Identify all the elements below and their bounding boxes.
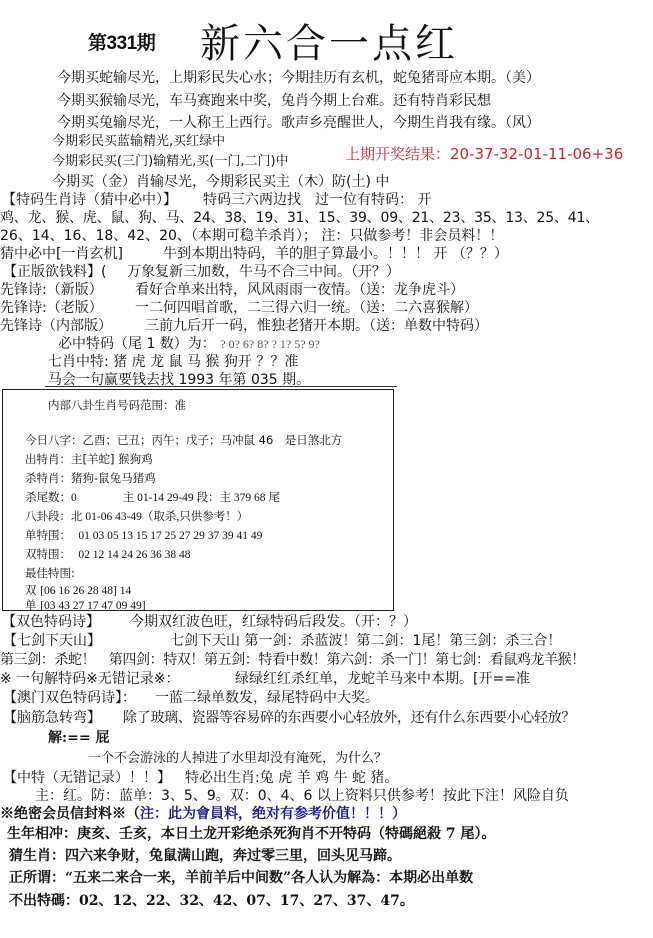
secret-title: ※绝密会员信封料※（ (0, 806, 140, 822)
xuanji-text: 牛到本期出特码，羊的胆子算最小。！！！ 开 （？？） (163, 246, 508, 263)
row-value: 主[羊蛇] 猴狗鸡 (71, 452, 153, 466)
final-line-2: 猜生肖：四六来争财，兔鼠满山跑，奔过零三里，回头见马蹄。 (9, 848, 401, 865)
row-value: 北 01-06 43-49（取杀,只供参考！） (71, 511, 248, 523)
last-result-numbers: 20-37-32-01-11-06+36 (450, 145, 623, 163)
riddle-question: 除了玻璃、瓷器等容易碎的东西要小心轻放外，还有什么东西要小心轻放？ (123, 710, 575, 727)
bagua-row-shuang: 双特围： 02 12 14 24 26 36 38 48 (25, 547, 190, 562)
bagua-row-best: 最佳特围: (25, 566, 75, 580)
last-result-label: 上期开奖结果： (345, 145, 450, 163)
seven-swords-line-2: 第三剑：杀蛇！ 第四剑：特双！第五剑：特看中数！第六剑：杀一门！第七剑：看鼠鸡龙… (0, 652, 585, 669)
tail-line-label: 必中特码（尾 1 数）为： (58, 336, 216, 352)
double-color-title: 【双色特码诗】 (2, 614, 100, 631)
zodiac-poem-text: 特码三六两边找 过一位有特码： 开 (203, 192, 431, 209)
riddle-answer: 解:== 屁 (48, 730, 110, 747)
zodiac-poem-title: 【特码生肖诗（猜中必中）】 (2, 192, 177, 209)
divider (45, 386, 397, 387)
row-label: 杀特肖： (25, 471, 71, 485)
row-label: 单特围： (25, 528, 71, 542)
row-value: 0 主 01-14 29-49 段：主 379 68 尾 (71, 492, 280, 504)
bagua-box: 内部八卦生肖号码范围：准 今日八字：乙酉；已丑；丙午；戊子；马冲鼠 46 是日煞… (2, 389, 394, 611)
row-label: 今日八字： (25, 433, 83, 447)
tail-line-values: ? 0? 6? 8? ? 1? 5? 9? (220, 337, 320, 351)
poem-line-5: 今期彩民买(三门)输精光,买(一门,二门)中 (52, 154, 289, 170)
secret-line: ※绝密会员信封料※（注：此为會員料，绝对有参考价值！！！） (0, 806, 406, 823)
final-line-1: 生年相冲：庚亥、壬亥，本日土龙开彩绝杀死狗肖不开特码（特碼絕殺 7 尾）。 (7, 826, 496, 843)
poem-line-3: 今期买兔输尽光，一人称王上西行。歌声乡亮醒世人，今期生肖我有缘。（风） (57, 115, 540, 132)
bagua-row-duan: 八卦段：北 01-06 43-49（取杀,只供参考！） (25, 509, 248, 524)
row-value: 乙酉；已丑；丙午；戊子；马冲鼠 46 是日煞北方 (83, 433, 343, 447)
row-label: 最佳特围: (25, 566, 75, 580)
seven-swords-title: 【七剑下天山】 (3, 633, 101, 650)
zhongte-title: 【中特（无错记录）！！】 (3, 770, 171, 787)
row-value: 猪狗-鼠兔马猪鸡 (71, 471, 156, 485)
pioneer-old-text: 一二何四唱首歌，二三得六归一统。（送：二六喜猴解） (135, 300, 478, 317)
zodiac-numbers-line-1: 鸡、龙、猴、虎、鼠、狗、马、24、38、19、31、15、39、09、21、23… (0, 210, 599, 227)
page-title: 新六合一点红 (200, 12, 458, 69)
secret-note: 注：此为會員料，绝对有参考价值！！！） (140, 806, 406, 822)
bagua-row-shate: 杀特肖：猪狗-鼠兔马猪鸡 (25, 471, 156, 485)
poem-line-6: 今期买（金）肖输尽光，今期彩民买主（木）防(土) 中 (52, 174, 389, 191)
tail-line: 必中特码（尾 1 数）为： ? 0? 6? 8? ? 1? 5? 9? (58, 336, 320, 353)
xuanji-title: 猜中必中[一肖玄机] (0, 246, 123, 263)
double-color-text: 今期双红波色旺，红绿特码后段发。（开：？） (130, 614, 417, 631)
final-line-3: 正所谓：“五来二来合一来，羊前羊后中间数”各人认为解為：本期必出单数 (9, 870, 473, 887)
row-label: 单 (25, 598, 37, 612)
poem-line-4: 今期彩民买蓝输精光,买红绿中 (52, 134, 225, 150)
riddle-title: 【脑筋急转弯】 (3, 710, 101, 727)
zhengban-title: 【正版欲钱料】( (3, 264, 106, 281)
row-value: 01 03 05 13 15 17 25 27 29 37 39 41 49 (78, 530, 262, 542)
pioneer-internal-text: 三前九后开一码，惟独老猪开本期。（送：单数中特码） (145, 318, 488, 335)
seven-zodiac-line: 七肖中特: 猪 虎 龙 鼠 马 猴 狗开 ？？准 (48, 354, 298, 371)
one-sentence-text: 绿绿红红杀红单，龙蛇羊马来中本期。[开==准 (235, 671, 530, 688)
bagua-row-dan: 单特围： 01 03 05 13 15 17 25 27 29 37 39 41… (25, 528, 262, 543)
pioneer-internal-label: 先锋诗（内部版） (0, 318, 112, 335)
row-label: 八卦段： (25, 509, 71, 523)
macau-poem-text: 一蓝二绿单数发，绿尾特码中大奖。 (155, 690, 379, 707)
row-value: 02 12 14 24 26 36 38 48 (78, 549, 190, 561)
final-line-4: 不出特碼：02、12、22、32、42、07、17、27、37、47。 (9, 893, 414, 910)
poem-line-2: 今期买猴输尽光，车马赛跑来中奖，兔肖今期上台难。还有特肖彩民想 (57, 93, 491, 110)
row-label: 双 (25, 583, 37, 597)
pioneer-old-label: 先锋诗:（老版） (0, 300, 103, 317)
macau-poem-title: 【澳门双色特码诗】： (3, 690, 136, 707)
pioneer-new-label: 先锋诗:（新版） (0, 282, 103, 299)
row-label: 双特围： (25, 547, 71, 561)
zodiac-numbers-line-2: 26、14、16、18、42、20、（本期可稳羊杀肖）； 注：只做参考！非会员料… (0, 228, 503, 245)
riddle-question-2: 一个不会游泳的人掉进了水里却没有淹死，为什么？ (88, 751, 387, 767)
row-label: 出特肖： (25, 452, 71, 466)
row-value: [03 43 27 17 47 09 49] (40, 600, 145, 612)
row-label: 杀尾数： (25, 490, 71, 504)
zhengban-text: 万象复新三加数，牛马不合三中间。（开？） (127, 264, 400, 281)
bagua-row-best-shuang: 双 [06 16 26 28 48] 14 (25, 583, 131, 598)
one-sentence-title: ※ 一句解特码※无错记录※： (0, 671, 180, 688)
bagua-row-shawei: 杀尾数：0 主 01-14 29-49 段：主 379 68 尾 (25, 490, 280, 505)
issue-number: 第331期 (88, 28, 155, 55)
bagua-row-chute: 出特肖：主[羊蛇] 猴狗鸡 (25, 452, 153, 466)
zhongte-text: 特必出生肖:兔 虎 羊 鸡 牛 蛇 猪。 (185, 770, 398, 787)
seven-swords-line-1: 七剑下天山 第一剑：杀蓝波！第二剑：1尾！第三剑：杀三合！ (170, 633, 561, 650)
bagua-row-best-dan: 单 [03 43 27 17 47 09 49] (25, 598, 146, 613)
bagua-row-bazi: 今日八字：乙酉；已丑；丙午；戊子；马冲鼠 46 是日煞北方 (25, 433, 342, 447)
poem-line-1: 今期买蛇输尽光，上期彩民失心水；今期挂历有玄机，蛇兔猪哥应本期。（美） (57, 70, 540, 87)
pioneer-new-text: 看好合单来出特，风风雨雨一夜情。（送：龙争虎斗） (135, 282, 464, 299)
last-result: 上期开奖结果：20-37-32-01-11-06+36 (345, 145, 623, 163)
zhongte-line-2: 主：红。防：蓝单：3、5、9。双：0、4、6 以上资料只供参考！按此下注！风险自… (35, 788, 569, 805)
bagua-title: 内部八卦生肖号码范围：准 (48, 398, 186, 412)
row-value: [06 16 26 28 48] 14 (40, 585, 131, 597)
